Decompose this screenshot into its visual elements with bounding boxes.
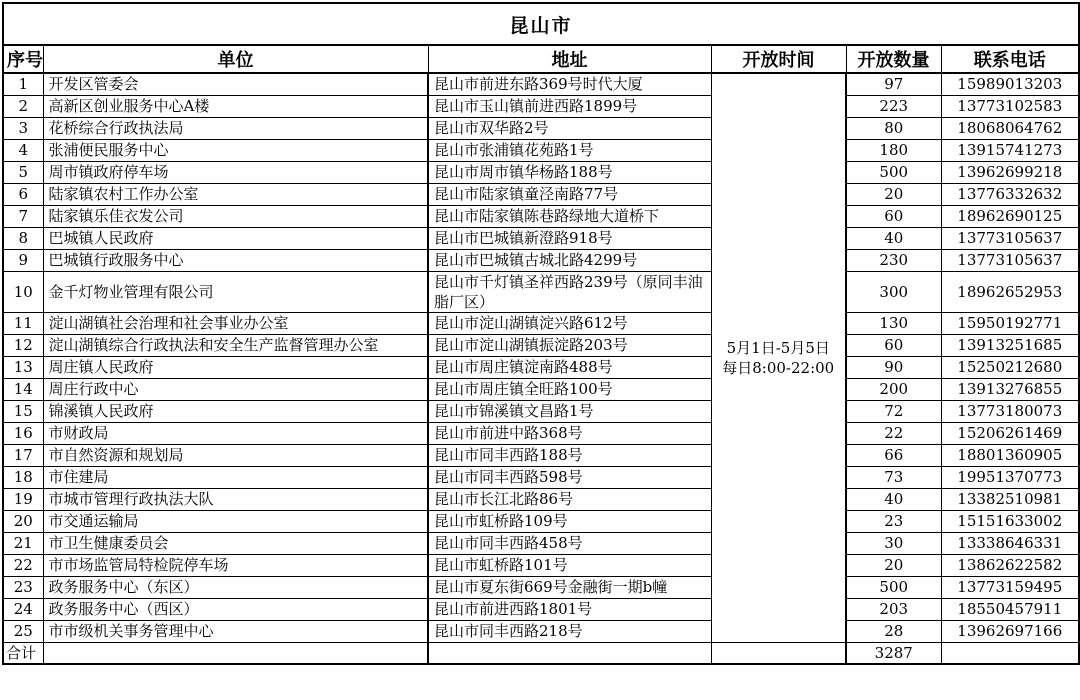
table-row: 25市市级机关事务管理中心昆山市同丰西路218号2813962697166 [3,621,1079,643]
address-cell: 昆山市周庄镇全旺路100号 [428,379,711,401]
phone-cell: 13773105637 [941,249,1079,271]
count-cell: 72 [846,401,941,423]
phone-cell: 13773180073 [941,401,1079,423]
phone-cell: 13913251685 [941,335,1079,357]
table-row: 21市卫生健康委员会昆山市同丰西路458号3013338646331 [3,533,1079,555]
unit-cell: 市财政局 [43,423,428,445]
table-row: 2高新区创业服务中心A楼昆山市玉山镇前进西路1899号2231377310258… [3,95,1079,117]
unit-cell: 政务服务中心（东区） [43,577,428,599]
address-cell: 昆山市张浦镇花苑路1号 [428,139,711,161]
row-number: 4 [3,139,43,161]
unit-cell: 周庄行政中心 [43,379,428,401]
address-cell: 昆山市前进西路1801号 [428,599,711,621]
unit-cell: 开发区管委会 [43,73,428,95]
row-number: 11 [3,313,43,335]
phone-cell: 18962690125 [941,205,1079,227]
unit-cell: 市市场监管局特检院停车场 [43,555,428,577]
phone-cell: 18801360905 [941,445,1079,467]
address-cell: 昆山市同丰西路218号 [428,621,711,643]
unit-cell: 巴城镇行政服务中心 [43,249,428,271]
address-cell: 昆山市周庄镇淀南路488号 [428,357,711,379]
total-label: 合计 [3,643,43,665]
address-cell: 昆山市淀山湖镇振淀路203号 [428,335,711,357]
count-cell: 60 [846,335,941,357]
table-row: 13周庄镇人民政府昆山市周庄镇淀南路488号9015250212680 [3,357,1079,379]
phone-cell: 13962697166 [941,621,1079,643]
phone-cell: 13773159495 [941,577,1079,599]
unit-cell: 高新区创业服务中心A楼 [43,95,428,117]
address-cell: 昆山市双华路2号 [428,117,711,139]
row-number: 5 [3,161,43,183]
count-cell: 203 [846,599,941,621]
table-row: 20市交通运输局昆山市虹桥路109号2315151633002 [3,511,1079,533]
total-row: 合计3287 [3,643,1079,665]
row-number: 8 [3,227,43,249]
address-cell: 昆山市虹桥路109号 [428,511,711,533]
count-cell: 60 [846,205,941,227]
unit-cell: 张浦便民服务中心 [43,139,428,161]
count-cell: 230 [846,249,941,271]
row-number: 19 [3,489,43,511]
count-cell: 23 [846,511,941,533]
phone-cell: 13862622582 [941,555,1079,577]
page-title: 昆山市 [3,3,1079,45]
unit-cell: 陆家镇农村工作办公室 [43,183,428,205]
address-cell: 昆山市同丰西路598号 [428,467,711,489]
phone-cell: 15250212680 [941,357,1079,379]
row-number: 21 [3,533,43,555]
row-number: 17 [3,445,43,467]
column-header-count: 开放数量 [846,45,941,73]
address-cell: 昆山市同丰西路458号 [428,533,711,555]
phone-cell: 13962699218 [941,161,1079,183]
count-cell: 30 [846,533,941,555]
column-header-unit: 单位 [43,45,428,73]
title-row: 昆山市 [3,3,1079,45]
total-opentime-empty [711,643,846,665]
count-cell: 66 [846,445,941,467]
phone-cell: 15989013203 [941,73,1079,95]
phone-cell: 15206261469 [941,423,1079,445]
address-cell: 昆山市玉山镇前进西路1899号 [428,95,711,117]
table-row: 23政务服务中心（东区）昆山市夏东街669号金融街一期b幢50013773159… [3,577,1079,599]
phone-cell: 13773102583 [941,95,1079,117]
unit-cell: 金千灯物业管理有限公司 [43,271,428,313]
total-count: 3287 [846,643,941,665]
address-cell: 昆山市周市镇华杨路188号 [428,161,711,183]
row-number: 24 [3,599,43,621]
unit-cell: 周庄镇人民政府 [43,357,428,379]
phone-cell: 15151633002 [941,511,1079,533]
table-row: 8巴城镇人民政府昆山市巴城镇新澄路918号4013773105637 [3,227,1079,249]
count-cell: 73 [846,467,941,489]
row-number: 12 [3,335,43,357]
address-cell: 昆山市虹桥路101号 [428,555,711,577]
count-cell: 28 [846,621,941,643]
unit-cell: 市卫生健康委员会 [43,533,428,555]
open-time-date-range: 5月1日-5月5日 [715,338,843,358]
count-cell: 200 [846,379,941,401]
table-row: 5周市镇政府停车场昆山市周市镇华杨路188号50013962699218 [3,161,1079,183]
row-number: 15 [3,401,43,423]
count-cell: 22 [846,423,941,445]
phone-cell: 13338646331 [941,533,1079,555]
address-cell: 昆山市巴城镇新澄路918号 [428,227,711,249]
row-number: 20 [3,511,43,533]
row-number: 25 [3,621,43,643]
address-cell: 昆山市巴城镇古城北路4299号 [428,249,711,271]
row-number: 18 [3,467,43,489]
open-time-daily-hours: 每日8:00-22:00 [715,358,843,378]
table-row: 19市城市管理行政执法大队昆山市长江北路86号4013382510981 [3,489,1079,511]
header-row: 序号 单位 地址 开放时间 开放数量 联系电话 [3,45,1079,73]
phone-cell: 13913276855 [941,379,1079,401]
table-row: 18市住建局昆山市同丰西路598号7319951370773 [3,467,1079,489]
phone-cell: 13773105637 [941,227,1079,249]
row-number: 14 [3,379,43,401]
unit-cell: 市自然资源和规划局 [43,445,428,467]
unit-cell: 淀山湖镇社会治理和社会事业办公室 [43,313,428,335]
count-cell: 97 [846,73,941,95]
phone-cell: 19951370773 [941,467,1079,489]
row-number: 23 [3,577,43,599]
count-cell: 300 [846,271,941,313]
unit-cell: 巴城镇人民政府 [43,227,428,249]
table-row: 22市市场监管局特检院停车场昆山市虹桥路101号2013862622582 [3,555,1079,577]
phone-cell: 13776332632 [941,183,1079,205]
column-header-address: 地址 [428,45,711,73]
row-number: 7 [3,205,43,227]
total-unit-empty [43,643,428,665]
row-number: 13 [3,357,43,379]
count-cell: 80 [846,117,941,139]
table-row: 10金千灯物业管理有限公司昆山市千灯镇圣祥西路239号（原同丰油脂厂区）3001… [3,271,1079,313]
address-cell: 昆山市前进中路368号 [428,423,711,445]
row-number: 2 [3,95,43,117]
facility-table: 昆山市 序号 单位 地址 开放时间 开放数量 联系电话 1开发区管委会昆山市前进… [2,2,1080,665]
table-row: 3花桥综合行政执法局昆山市双华路2号8018068064762 [3,117,1079,139]
row-number: 6 [3,183,43,205]
table-row: 14周庄行政中心昆山市周庄镇全旺路100号20013913276855 [3,379,1079,401]
row-number: 16 [3,423,43,445]
count-cell: 130 [846,313,941,335]
count-cell: 20 [846,183,941,205]
count-cell: 500 [846,161,941,183]
row-number: 9 [3,249,43,271]
count-cell: 40 [846,227,941,249]
phone-cell: 15950192771 [941,313,1079,335]
count-cell: 20 [846,555,941,577]
table-row: 12淀山湖镇综合行政执法和安全生产监督管理办公室昆山市淀山湖镇振淀路203号60… [3,335,1079,357]
unit-cell: 政务服务中心（西区） [43,599,428,621]
unit-cell: 市住建局 [43,467,428,489]
count-cell: 90 [846,357,941,379]
unit-cell: 淀山湖镇综合行政执法和安全生产监督管理办公室 [43,335,428,357]
row-number: 3 [3,117,43,139]
row-number: 1 [3,73,43,95]
address-cell: 昆山市前进东路369号时代大厦 [428,73,711,95]
table-row: 24政务服务中心（西区）昆山市前进西路1801号20318550457911 [3,599,1079,621]
phone-cell: 18962652953 [941,271,1079,313]
table-row: 15锦溪镇人民政府昆山市锦溪镇文昌路1号7213773180073 [3,401,1079,423]
count-cell: 180 [846,139,941,161]
table-row: 17市自然资源和规划局昆山市同丰西路188号6618801360905 [3,445,1079,467]
address-cell: 昆山市同丰西路188号 [428,445,711,467]
address-cell: 昆山市淀山湖镇淀兴路612号 [428,313,711,335]
open-time-cell: 5月1日-5月5日每日8:00-22:00 [711,73,846,643]
total-address-empty [428,643,711,665]
table-row: 9巴城镇行政服务中心昆山市巴城镇古城北路4299号23013773105637 [3,249,1079,271]
unit-cell: 市市级机关事务管理中心 [43,621,428,643]
table-body: 1开发区管委会昆山市前进东路369号时代大厦5月1日-5月5日每日8:00-22… [3,73,1079,664]
column-header-index: 序号 [3,45,43,73]
unit-cell: 市交通运输局 [43,511,428,533]
phone-cell: 13382510981 [941,489,1079,511]
unit-cell: 陆家镇乐佳衣发公司 [43,205,428,227]
unit-cell: 市城市管理行政执法大队 [43,489,428,511]
table-row: 16市财政局昆山市前进中路368号2215206261469 [3,423,1079,445]
table-row: 11淀山湖镇社会治理和社会事业办公室昆山市淀山湖镇淀兴路612号13015950… [3,313,1079,335]
unit-cell: 花桥综合行政执法局 [43,117,428,139]
unit-cell: 周市镇政府停车场 [43,161,428,183]
phone-cell: 18550457911 [941,599,1079,621]
total-phone-empty [941,643,1079,665]
spreadsheet-table: 昆山市 序号 单位 地址 开放时间 开放数量 联系电话 1开发区管委会昆山市前进… [2,2,1078,665]
phone-cell: 13915741273 [941,139,1079,161]
unit-cell: 锦溪镇人民政府 [43,401,428,423]
address-cell: 昆山市陆家镇童泾南路77号 [428,183,711,205]
count-cell: 40 [846,489,941,511]
count-cell: 223 [846,95,941,117]
row-number: 10 [3,271,43,313]
column-header-phone: 联系电话 [941,45,1079,73]
address-cell: 昆山市夏东街669号金融街一期b幢 [428,577,711,599]
address-cell: 昆山市长江北路86号 [428,489,711,511]
phone-cell: 18068064762 [941,117,1079,139]
row-number: 22 [3,555,43,577]
table-row: 1开发区管委会昆山市前进东路369号时代大厦5月1日-5月5日每日8:00-22… [3,73,1079,95]
address-cell: 昆山市锦溪镇文昌路1号 [428,401,711,423]
table-row: 7陆家镇乐佳衣发公司昆山市陆家镇陈巷路绿地大道桥下6018962690125 [3,205,1079,227]
table-row: 6陆家镇农村工作办公室昆山市陆家镇童泾南路77号2013776332632 [3,183,1079,205]
address-cell: 昆山市陆家镇陈巷路绿地大道桥下 [428,205,711,227]
column-header-opentime: 开放时间 [711,45,846,73]
table-row: 4张浦便民服务中心昆山市张浦镇花苑路1号18013915741273 [3,139,1079,161]
address-cell: 昆山市千灯镇圣祥西路239号（原同丰油脂厂区） [428,271,711,313]
count-cell: 500 [846,577,941,599]
